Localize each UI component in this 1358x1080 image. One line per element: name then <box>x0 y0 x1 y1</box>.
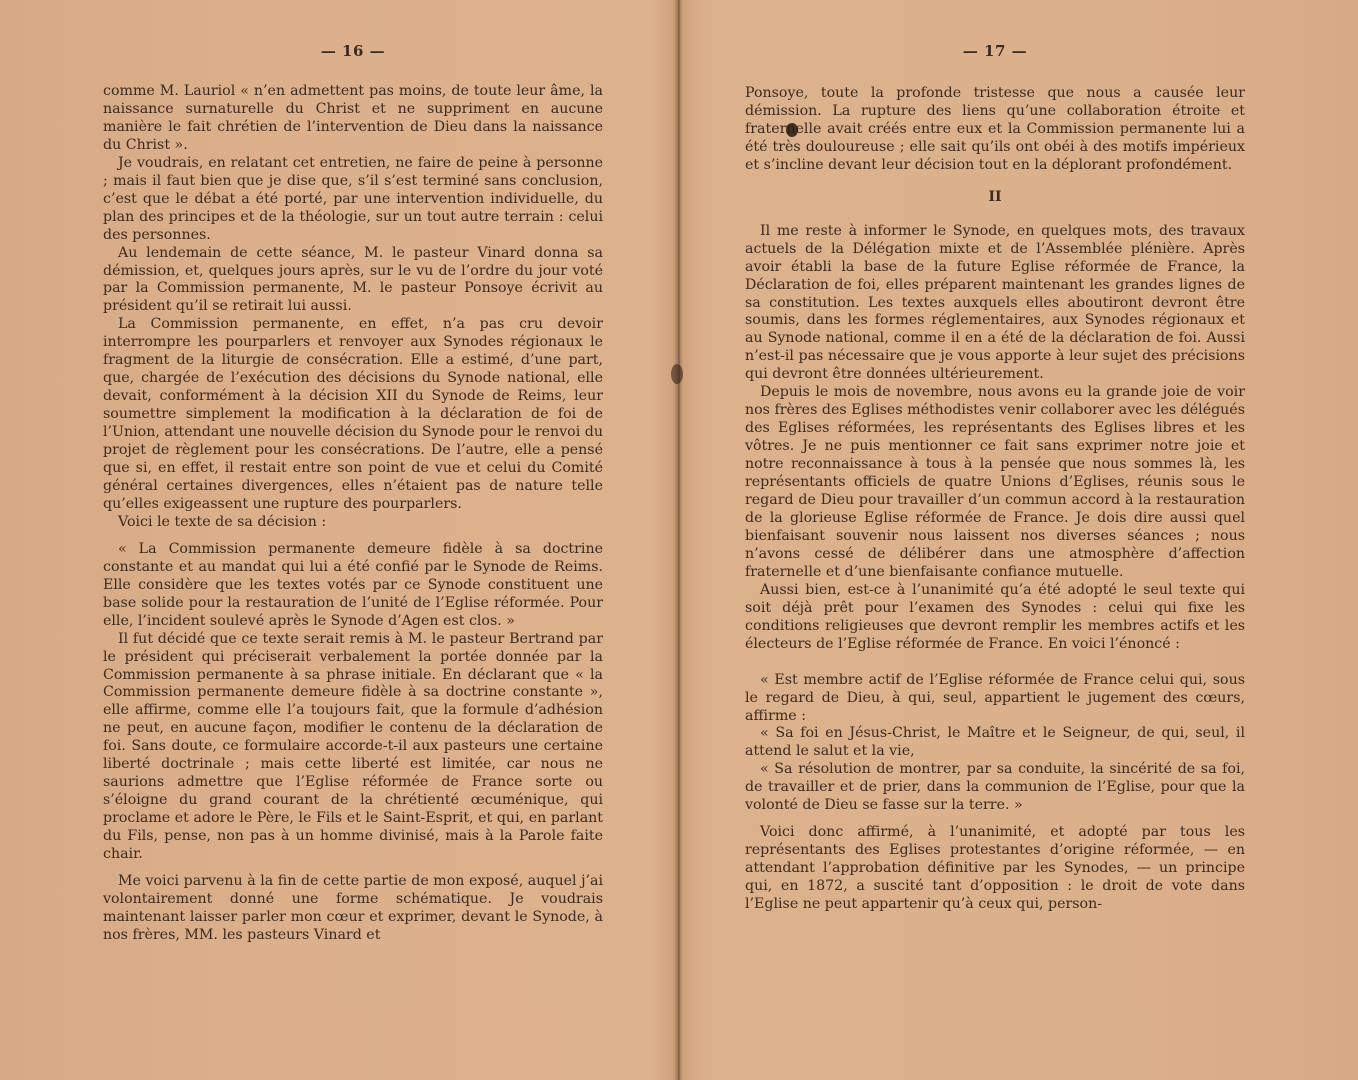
page-body: Ponsoye, toute la profonde tristesse que… <box>745 85 1245 914</box>
paragraph: comme M. Lauriol « n’en admettent pas mo… <box>103 83 603 155</box>
ink-blot <box>786 123 798 137</box>
section-heading: II <box>745 189 1245 207</box>
paragraph: Depuis le mois de novembre, nous avons e… <box>745 384 1245 581</box>
page-16: — 16 — comme M. Lauriol « n’en admettent… <box>103 0 603 1080</box>
quoted-text: « Sa foi en Jésus-Christ, le Maître et l… <box>745 725 1245 761</box>
page-body: comme M. Lauriol « n’en admettent pas mo… <box>103 83 603 945</box>
book-spine <box>678 0 680 1080</box>
paragraph: Au lendemain de cette séance, M. le past… <box>103 245 603 317</box>
paragraph: Ponsoye, toute la profonde tristesse que… <box>745 85 1245 175</box>
paragraph: Aussi bien, est-ce à l’unanimité qu’a ét… <box>745 582 1245 654</box>
paragraph: Voici donc affirmé, à l’unanimité, et ad… <box>745 824 1245 914</box>
paragraph: Me voici parvenu à la fin de cette parti… <box>103 873 603 945</box>
paragraph: La Commission permanente, en effet, n’a … <box>103 316 603 513</box>
paragraph: Voici le texte de sa décision : <box>103 514 603 532</box>
quoted-text: « Sa résolution de montrer, par sa condu… <box>745 761 1245 815</box>
paragraph: Je voudrais, en relatant cet entretien, … <box>103 155 603 245</box>
paragraph: Il fut décidé que ce texte serait remis … <box>103 631 603 864</box>
book-spread: — 16 — comme M. Lauriol « n’en admettent… <box>0 0 1358 1080</box>
page-17: — 17 — Ponsoye, toute la profonde triste… <box>745 0 1245 1080</box>
page-number: — 17 — <box>745 42 1245 62</box>
ink-stain <box>671 364 683 384</box>
page-number: — 16 — <box>103 42 603 62</box>
quoted-text: « Est membre actif de l’Eglise réformée … <box>745 672 1245 726</box>
quoted-decision: « La Commission permanente demeure fidèl… <box>103 541 603 631</box>
paragraph: Il me reste à informer le Synode, en que… <box>745 223 1245 385</box>
